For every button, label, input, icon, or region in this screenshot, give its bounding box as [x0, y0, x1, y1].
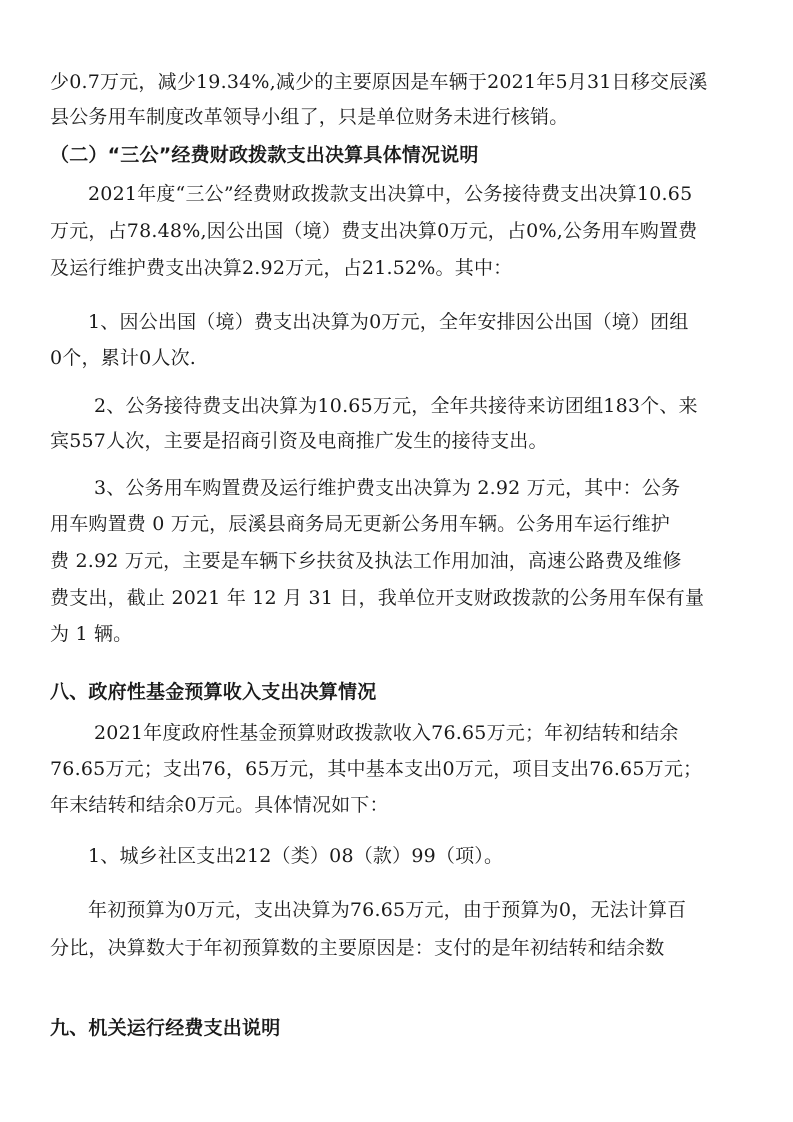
paragraph-line: 2021年度政府性基金预算财政拨款收入76.65万元；年初结转和结余	[94, 721, 793, 745]
paragraph-line: 2021年度“三公”经费财政拨款支出决算中，公务接待费支出决算10.65	[88, 182, 788, 206]
paragraph-line: 县公务用车制度改革领导小组了，只是单位财务未进行核销。	[50, 105, 750, 129]
list-item-line: 费 2.92 万元，主要是车辆下乡扶贫及执法工作用加油，高速公路费及维修	[50, 549, 750, 573]
list-item-line: 用车购置费 0 万元，辰溪县商务局无更新公务用车辆。公务用车运行维护	[50, 512, 750, 536]
list-item-line: 0个，累计0人次.	[50, 346, 750, 370]
list-item-line: 2、公务接待费支出决算为10.65万元，全年共接待来访团组183个、来	[94, 394, 793, 418]
list-item-line: 为 1 辆。	[50, 622, 750, 646]
paragraph-line: 分比，决算数大于年初预算数的主要原因是：支付的是年初结转和结余数	[50, 936, 750, 960]
paragraph-line: 少0.7万元，减少19.34%,减少的主要原因是车辆于2021年5月31日移交辰…	[50, 70, 750, 94]
section-heading: 九、机关运行经费支出说明	[50, 1016, 750, 1040]
list-item-line: 1、因公出国（境）费支出决算为0万元，全年安排因公出国（境）团组	[88, 310, 788, 334]
section-heading: （二）“三公”经费财政拨款支出决算具体情况说明	[50, 143, 750, 167]
paragraph-line: 76.65万元；支出76，65万元，其中基本支出0万元，项目支出76.65万元；	[50, 757, 750, 781]
list-item-line: 3、公务用车购置费及运行维护费支出决算为 2.92 万元，其中：公务	[94, 476, 793, 500]
paragraph-line: 万元，占78.48%,因公出国（境）费支出决算0万元，占0%,公务用车购置费	[50, 219, 750, 243]
list-item-line: 1、城乡社区支出212（类）08（款）99（项）。	[88, 844, 788, 868]
paragraph-line: 及运行维护费支出决算2.92万元，占21.52%。其中：	[50, 256, 750, 280]
paragraph-line: 年初预算为0万元，支出决算为76.65万元，由于预算为0，无法计算百	[88, 898, 788, 922]
paragraph-line: 年末结转和结余0万元。具体情况如下：	[50, 793, 750, 817]
list-item-line: 宾557人次，主要是招商引资及电商推广发生的接待支出。	[50, 429, 750, 453]
list-item-line: 费支出，截止 2021 年 12 月 31 日，我单位开支财政拨款的公务用车保有…	[50, 586, 750, 610]
section-heading: 八、政府性基金预算收入支出决算情况	[50, 680, 750, 704]
